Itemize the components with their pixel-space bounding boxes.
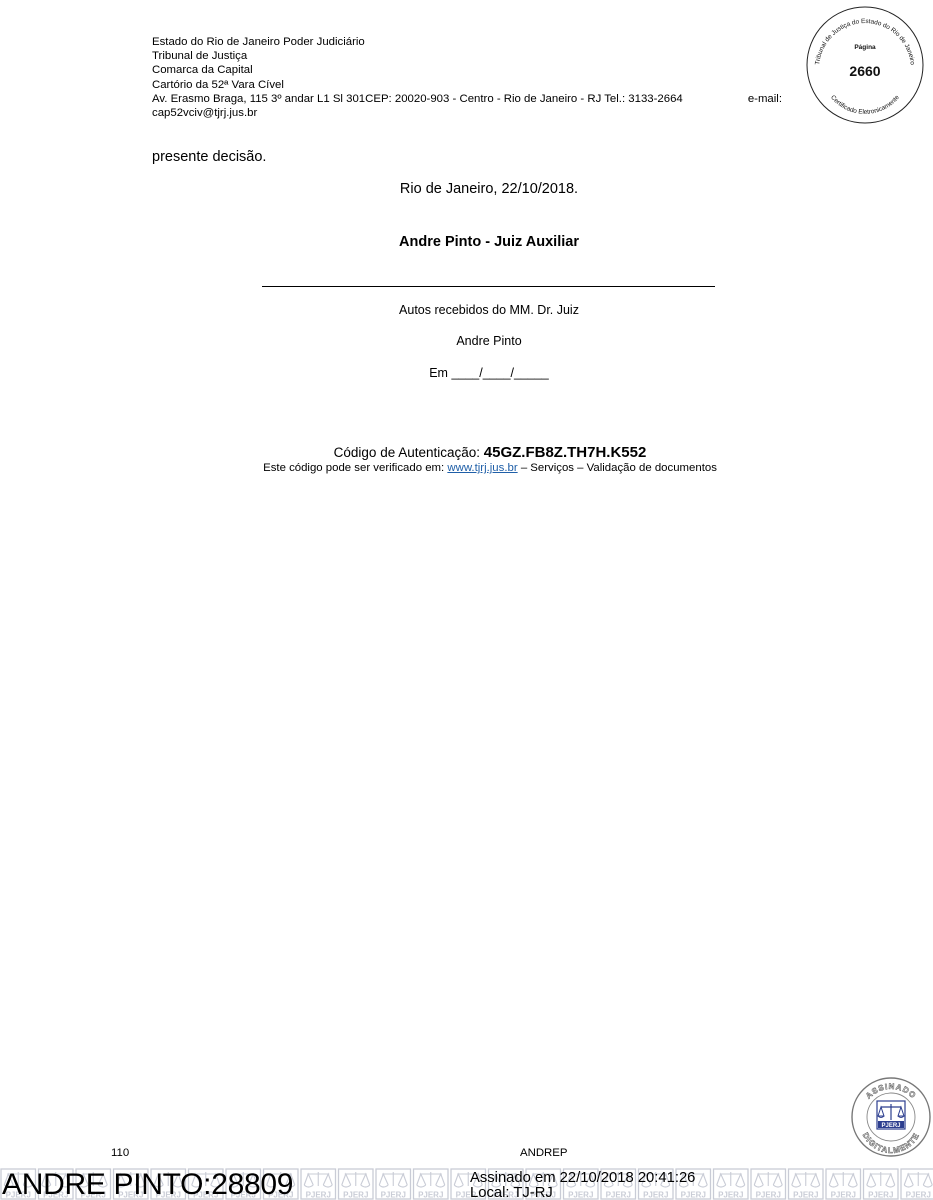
date-line: Rio de Janeiro, 22/10/2018. [262, 181, 716, 197]
header-line-tribunal: Tribunal de Justiça [152, 49, 782, 63]
auth-code: 45GZ.FB8Z.TH7H.K552 [484, 444, 647, 461]
signature-rule [262, 286, 715, 287]
signer-name: Andre Pinto - Juiz Auxiliar [262, 234, 716, 250]
signed-at: Assinado em 22/10/2018 20:41:26 [470, 1171, 695, 1186]
header-email-label: e-mail: [748, 92, 782, 106]
authentication-code-line: Código de Autenticação: 45GZ.FB8Z.TH7H.K… [150, 444, 830, 461]
svg-text:PJERJ: PJERJ [831, 1191, 856, 1200]
header-address: Av. Erasmo Braga, 115 3º andar L1 Sl 301… [152, 92, 683, 106]
header-line-state: Estado do Rio de Janeiro Poder Judiciári… [152, 35, 782, 49]
svg-text:PJERJ: PJERJ [906, 1191, 931, 1200]
judge-name: Andre Pinto [262, 334, 716, 348]
svg-text:PJERJ: PJERJ [718, 1191, 743, 1200]
date-blank-line: Em ____/____/_____ [262, 366, 716, 380]
svg-text:PJERJ: PJERJ [306, 1191, 331, 1200]
stamp-label: Página [854, 44, 876, 51]
header-email: cap52vciv@tjrj.jus.br [152, 106, 782, 120]
svg-text:PJERJ: PJERJ [343, 1191, 368, 1200]
verify-link[interactable]: www.tjrj.jus.br [447, 462, 517, 474]
verify-suffix: – Serviços – Validação de documentos [521, 462, 717, 474]
scales-of-justice-icon: PJERJ [877, 1101, 905, 1129]
footer-user: ANDREP [520, 1147, 567, 1159]
page-stamp: Tribunal de Justiça do Estado do Rio de … [803, 3, 927, 127]
svg-text:PJERJ: PJERJ [418, 1191, 443, 1200]
auth-label: Código de Autenticação: [334, 445, 480, 460]
digital-signature-seal: ASSINADO DIGITALMENTE PJERJ [850, 1076, 932, 1158]
seal-logo-text: PJERJ [881, 1123, 900, 1129]
header-address-row: Av. Erasmo Braga, 115 3º andar L1 Sl 301… [152, 92, 782, 106]
svg-text:PJERJ: PJERJ [756, 1191, 781, 1200]
signed-location: Local: TJ-RJ [470, 1186, 695, 1200]
court-header: Estado do Rio de Janeiro Poder Judiciári… [152, 35, 782, 120]
header-line-cartorio: Cartório da 52ª Vara Cível [152, 78, 782, 92]
signature-name: ANDRE PINTO:28809 [2, 1170, 293, 1200]
verification-line: Este código pode ser verificado em: www.… [150, 462, 830, 474]
verify-prefix: Este código pode ser verificado em: [263, 462, 444, 474]
svg-text:PJERJ: PJERJ [381, 1191, 406, 1200]
svg-text:PJERJ: PJERJ [868, 1191, 893, 1200]
signature-info: Assinado em 22/10/2018 20:41:26 Local: T… [470, 1171, 695, 1200]
received-text: Autos recebidos do MM. Dr. Juiz [262, 303, 716, 317]
footer-page-ref: 110 [111, 1147, 129, 1159]
decision-text: presente decisão. [152, 149, 266, 165]
svg-text:PJERJ: PJERJ [793, 1191, 818, 1200]
header-line-comarca: Comarca da Capital [152, 63, 782, 77]
stamp-page-number: 2660 [849, 63, 880, 79]
